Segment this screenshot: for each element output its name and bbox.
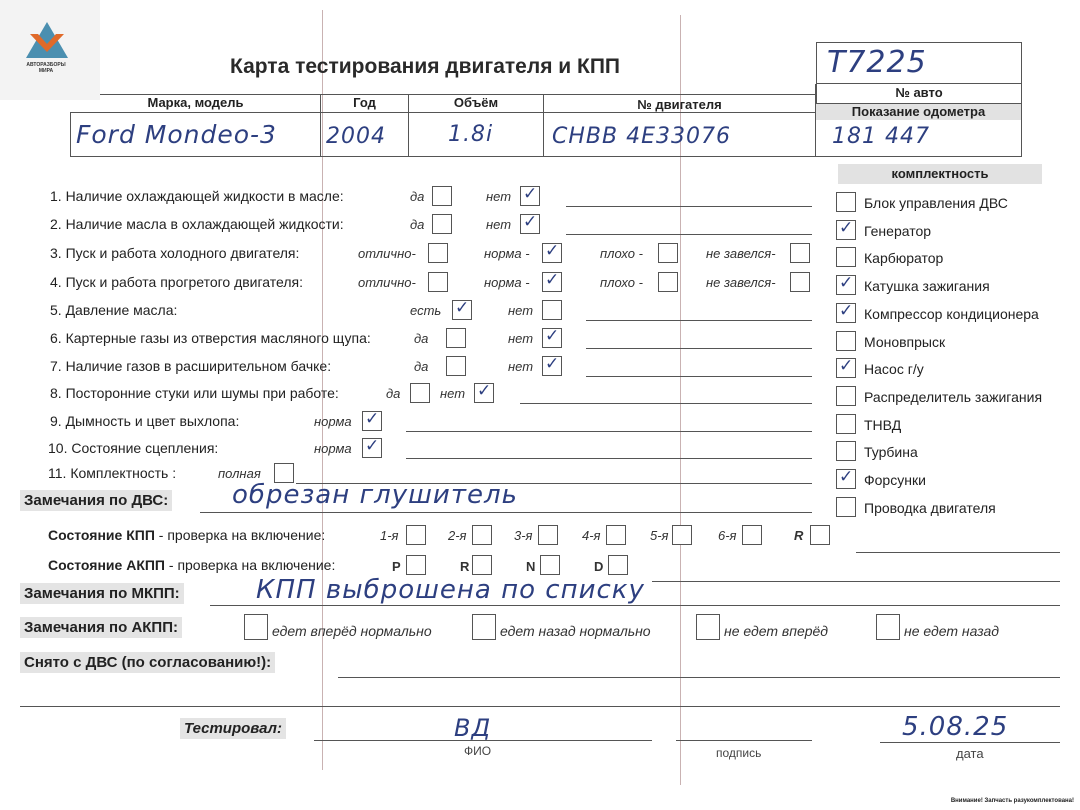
position-checkbox[interactable] — [472, 555, 492, 575]
column-header-model: Марка, модель — [71, 95, 320, 112]
model-value: Ford Mondeo-3 — [76, 120, 277, 149]
footer-note: Внимание! Запчасть разукомплектована! — [951, 798, 1074, 804]
option-label: не завелся- — [706, 246, 776, 261]
akpp-remark-checkbox[interactable] — [244, 614, 268, 640]
check-mark-icon: ✓ — [545, 270, 559, 290]
option-checkbox[interactable] — [790, 272, 810, 292]
completeness-checkbox[interactable] — [836, 247, 856, 267]
option-label: плохо - — [600, 275, 643, 290]
check-label: 5. Давление масла: — [50, 302, 177, 318]
option-checkbox[interactable] — [428, 243, 448, 263]
position-checkbox[interactable] — [406, 555, 426, 575]
check-mark-icon: ✓ — [839, 356, 853, 376]
column-header-volume: Объём — [409, 95, 543, 112]
check-mark-icon: ✓ — [523, 184, 537, 204]
position-label: R — [460, 559, 469, 574]
signature-caption: подпись — [716, 746, 761, 760]
option-label: нет — [508, 331, 533, 346]
gear-checkbox[interactable] — [538, 525, 558, 545]
check-mark-icon: ✓ — [477, 381, 491, 401]
check-label: 1. Наличие охлаждающей жидкости в масле: — [50, 188, 344, 204]
option-label: да — [410, 189, 424, 204]
odometer-value: 181 447 — [832, 124, 930, 149]
gear-label: 4-я — [582, 528, 601, 543]
gear-label: 5-я — [650, 528, 669, 543]
option-label: отлично- — [358, 275, 416, 290]
option-label: отлично- — [358, 246, 416, 261]
completeness-label: Турбина — [864, 444, 918, 460]
check-mark-icon: ✓ — [365, 409, 379, 429]
check-mark-icon: ✓ — [523, 212, 537, 232]
logo-icon — [26, 22, 68, 58]
column-header-engine-number: № двигателя — [544, 97, 815, 112]
completeness-checkbox[interactable]: ✓ — [836, 220, 856, 240]
option-checkbox[interactable]: ✓ — [542, 272, 562, 292]
gear-label: 3-я — [514, 528, 533, 543]
engine-remarks-value[interactable]: обрезан глушитель — [232, 480, 518, 510]
akpp-remark-checkbox[interactable] — [876, 614, 900, 640]
gear-checkbox[interactable] — [810, 525, 830, 545]
position-label: N — [526, 559, 535, 574]
answer-line — [586, 376, 812, 377]
check-mark-icon: ✓ — [839, 218, 853, 238]
position-label: P — [392, 559, 401, 574]
year-value: 2004 — [326, 124, 386, 149]
check-mark-icon: ✓ — [839, 301, 853, 321]
check-mark-icon: ✓ — [545, 241, 559, 261]
position-checkbox[interactable] — [608, 555, 628, 575]
option-label: да — [386, 386, 400, 401]
option-checkbox[interactable] — [542, 300, 562, 320]
completeness-label: Распределитель зажигания — [864, 389, 1042, 405]
completeness-label: ТНВД — [864, 417, 901, 433]
option-checkbox[interactable] — [428, 272, 448, 292]
completeness-checkbox[interactable] — [836, 331, 856, 351]
volume-value: 1.8i — [448, 122, 493, 147]
date-value[interactable]: 5.08.25 — [902, 712, 1008, 742]
logo: АВТОРАЗБОРЫ МИРА — [0, 0, 100, 100]
gear-checkbox[interactable] — [472, 525, 492, 545]
option-label: норма — [314, 441, 352, 456]
position-checkbox[interactable] — [540, 555, 560, 575]
option-checkbox[interactable] — [790, 243, 810, 263]
date-caption: дата — [956, 746, 984, 761]
check-label: 7. Наличие газов в расширительном бачке: — [50, 358, 331, 374]
option-checkbox[interactable] — [658, 272, 678, 292]
removed-label: Снято с ДВС (по согласованию!): — [20, 652, 275, 673]
check-label: 3. Пуск и работа холодного двигателя: — [50, 245, 299, 261]
option-checkbox[interactable] — [432, 214, 452, 234]
option-checkbox[interactable]: ✓ — [520, 214, 540, 234]
auto-number-label: № авто — [816, 84, 1022, 104]
option-label: нет — [486, 189, 511, 204]
option-label: нет — [486, 217, 511, 232]
check-mark-icon: ✓ — [365, 436, 379, 456]
gear-checkbox[interactable] — [742, 525, 762, 545]
answer-line — [586, 320, 812, 321]
completeness-label: Компрессор кондиционера — [864, 306, 1039, 322]
mkpp-remarks-value[interactable]: КПП выброшена по списку — [256, 575, 645, 605]
gear-checkbox[interactable] — [406, 525, 426, 545]
answer-line — [566, 206, 812, 207]
check-label: 2. Наличие масла в охлаждающей жидкости: — [50, 216, 344, 232]
check-label: 11. Комплектность : — [48, 465, 176, 481]
auto-number-value: T7225 — [827, 45, 927, 80]
completeness-label: Карбюратор — [864, 250, 943, 266]
option-checkbox[interactable] — [410, 383, 430, 403]
column-header-odometer: Показание одометра — [816, 104, 1021, 120]
option-checkbox[interactable]: ✓ — [542, 356, 562, 376]
completeness-label: Насос г/у — [864, 361, 924, 377]
completeness-title: комплектность — [838, 164, 1042, 184]
option-label: не завелся- — [706, 275, 776, 290]
completeness-checkbox[interactable] — [836, 441, 856, 461]
option-checkbox[interactable]: ✓ — [520, 186, 540, 206]
option-checkbox[interactable] — [658, 243, 678, 263]
engine-remarks-label: Замечания по ДВС: — [20, 490, 172, 511]
option-label: норма - — [484, 246, 530, 261]
completeness-checkbox[interactable]: ✓ — [836, 358, 856, 378]
completeness-checkbox[interactable] — [836, 497, 856, 517]
page-title: Карта тестирования двигателя и КПП — [230, 55, 620, 79]
gear-checkbox[interactable] — [606, 525, 626, 545]
check-mark-icon: ✓ — [839, 273, 853, 293]
option-checkbox[interactable]: ✓ — [542, 328, 562, 348]
check-mark-icon: ✓ — [545, 326, 559, 346]
auto-number-box: T7225 — [816, 42, 1022, 84]
akpp-remark-checkbox[interactable] — [472, 614, 496, 640]
completeness-label: Моновпрыск — [864, 334, 945, 350]
check-label: 6. Картерные газы из отверстия масляного… — [50, 330, 371, 346]
akpp-remarks-label: Замечания по АКПП: — [20, 617, 182, 638]
column-header-year: Год — [321, 95, 408, 112]
option-label: норма — [314, 414, 352, 429]
option-checkbox[interactable] — [446, 328, 466, 348]
logo-text: МИРА — [0, 68, 92, 74]
option-checkbox[interactable] — [446, 356, 466, 376]
check-label: 4. Пуск и работа прогретого двигателя: — [50, 274, 303, 290]
tester-name-value[interactable]: ВД — [454, 714, 491, 742]
gear-label: 6-я — [718, 528, 737, 543]
check-label: 9. Дымность и цвет выхлопа: — [50, 413, 239, 429]
akpp-remark-label: не едет вперёд — [724, 623, 828, 639]
answer-line — [520, 403, 812, 404]
option-checkbox[interactable]: ✓ — [362, 438, 382, 458]
option-checkbox[interactable] — [432, 186, 452, 206]
check-label: 8. Посторонние стуки или шумы при работе… — [50, 385, 339, 401]
check-label: 10. Состояние сцепления: — [48, 440, 218, 456]
completeness-checkbox[interactable]: ✓ — [836, 303, 856, 323]
completeness-checkbox[interactable] — [836, 414, 856, 434]
engine-number-value: CHBB 4E33076 — [552, 124, 731, 149]
option-label: полная — [218, 466, 261, 481]
option-checkbox[interactable]: ✓ — [474, 383, 494, 403]
option-checkbox[interactable]: ✓ — [452, 300, 472, 320]
akpp-remark-label: едет вперёд нормально — [272, 623, 432, 639]
completeness-label: Блок управления ДВС — [864, 195, 1008, 211]
check-mark-icon: ✓ — [455, 298, 469, 318]
gear-checkbox[interactable] — [672, 525, 692, 545]
completeness-checkbox[interactable] — [836, 386, 856, 406]
akpp-remark-checkbox[interactable] — [696, 614, 720, 640]
completeness-checkbox[interactable]: ✓ — [836, 469, 856, 489]
answer-line — [586, 348, 812, 349]
answer-line — [566, 234, 812, 235]
option-label: да — [414, 359, 428, 374]
completeness-label: Катушка зажигания — [864, 278, 990, 294]
completeness-checkbox[interactable] — [836, 192, 856, 212]
completeness-checkbox[interactable]: ✓ — [836, 275, 856, 295]
gear-label: 1-я — [380, 528, 399, 543]
option-label: нет — [440, 386, 465, 401]
akpp-remark-label: не едет назад — [904, 623, 999, 639]
completeness-label: Форсунки — [864, 472, 926, 488]
manual-gearbox-label: Состояние КПП - проверка на включение: — [48, 527, 325, 543]
check-mark-icon: ✓ — [839, 467, 853, 487]
option-label: норма - — [484, 275, 530, 290]
option-checkbox[interactable]: ✓ — [542, 243, 562, 263]
gear-label: 2-я — [448, 528, 467, 543]
tested-label: Тестировал: — [180, 718, 286, 739]
answer-line — [406, 458, 812, 459]
option-label: да — [410, 217, 424, 232]
gear-label: R — [794, 528, 803, 543]
answer-line — [406, 431, 812, 432]
akpp-remark-label: едет назад нормально — [500, 623, 651, 639]
option-label: нет — [508, 359, 533, 374]
mkpp-remarks-label: Замечания по МКПП: — [20, 583, 184, 604]
completeness-label: Генератор — [864, 223, 931, 239]
option-label: нет — [508, 303, 533, 318]
position-label: D — [594, 559, 603, 574]
option-label: есть — [410, 303, 441, 318]
completeness-label: Проводка двигателя — [864, 500, 996, 516]
option-label: да — [414, 331, 428, 346]
option-checkbox[interactable]: ✓ — [362, 411, 382, 431]
name-caption: ФИО — [464, 744, 491, 758]
option-label: плохо - — [600, 246, 643, 261]
check-mark-icon: ✓ — [545, 354, 559, 374]
auto-gearbox-label: Состояние АКПП - проверка на включение: — [48, 557, 335, 573]
